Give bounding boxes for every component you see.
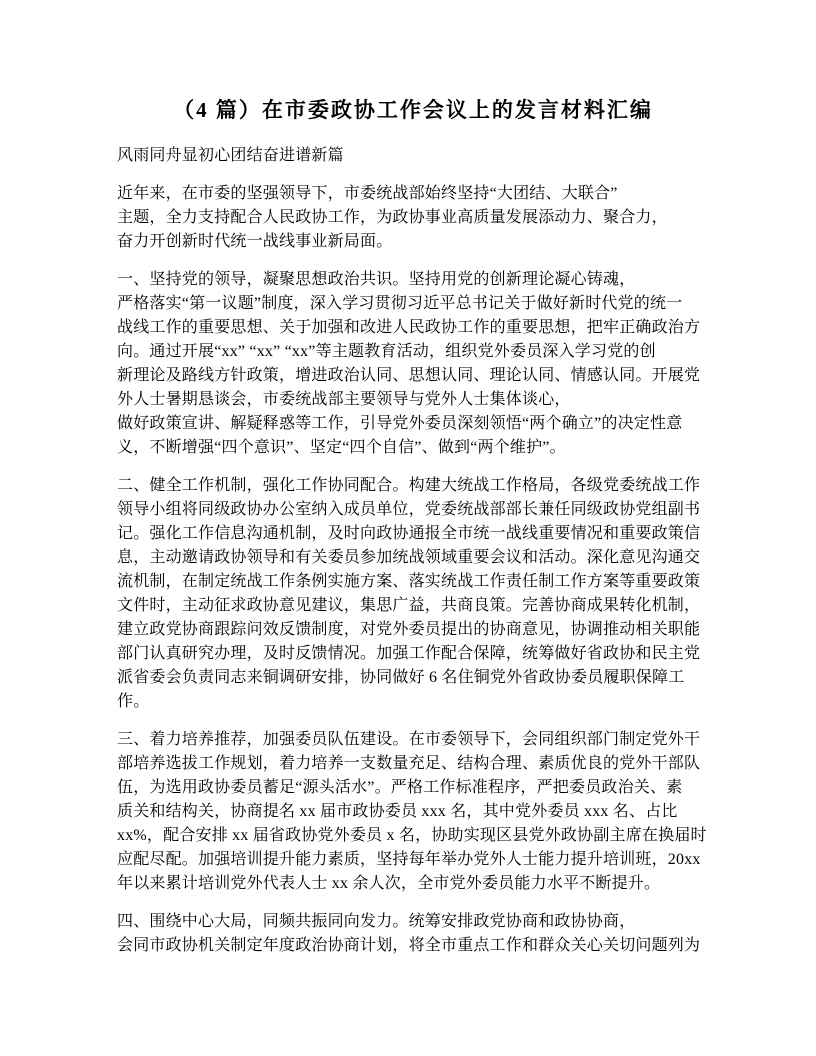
paragraph-section-3: 三、着力培养推荐，加强委员队伍建设。在市委领导下，会同组织部门制定党外干 部培养… <box>117 728 709 896</box>
document-title: （4 篇）在市委政协工作会议上的发言材料汇编 <box>117 93 709 127</box>
paragraph-section-2: 二、健全工作机制，强化工作协同配合。构建大统战工作格局，各级党委统战工作 领导小… <box>117 474 709 714</box>
paragraph-intro: 近年来，在市委的坚强领导下，市委统战部始终坚持“大团结、大联合” 主题，全力支持… <box>117 182 709 254</box>
article-subtitle: 风雨同舟显初心团结奋进谱新篇 <box>117 144 709 168</box>
paragraph-section-4: 四、围绕中心大局，同频共振同向发力。统筹安排政党协商和政协协商， 会同市政协机关… <box>117 910 709 958</box>
paragraph-section-1: 一、坚持党的领导，凝聚思想政治共识。坚持用党的创新理论凝心铸魂， 严格落实“第一… <box>117 268 709 460</box>
document-page: （4 篇）在市委政协工作会议上的发言材料汇编 风雨同舟显初心团结奋进谱新篇 近年… <box>0 0 816 1056</box>
